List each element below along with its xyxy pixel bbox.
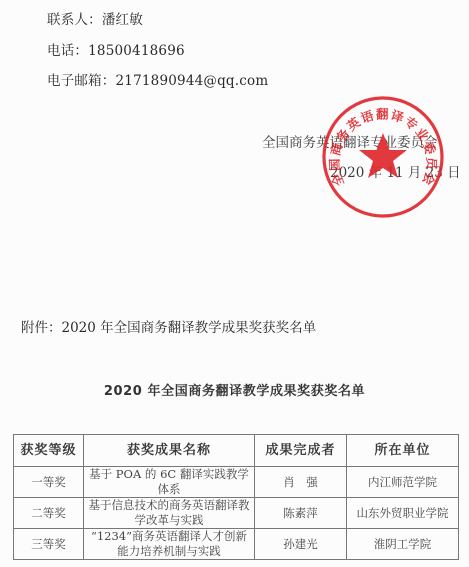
attachment-title: 2020 年全国商务翻译教学成果奖获奖名单 [62, 320, 317, 336]
cell-level: 三等奖 [14, 529, 84, 560]
cell-level: 二等奖 [14, 498, 84, 529]
cell-unit: 内江师范学院 [347, 467, 459, 498]
cell-title: 基于信息技术的商务英语翻译教学改革与实践 [84, 498, 255, 529]
official-seal: 全国商务英语翻译专业委员会 [321, 95, 445, 219]
header-unit: 所在单位 [347, 435, 459, 467]
cell-unit: 淮阴工学院 [347, 529, 459, 560]
cell-title: 基于 POA 的 6C 翻译实践教学体系 [84, 467, 255, 498]
contact-phone: 电话：18500418696 [47, 39, 185, 59]
awards-table: 获奖等级 获奖成果名称 成果完成者 所在单位 一等奖 基于 POA 的 6C 翻… [13, 434, 459, 560]
table-row: 一等奖 基于 POA 的 6C 翻译实践教学体系 肖 强 内江师范学院 [14, 467, 459, 498]
contact-phone-value: 18500418696 [88, 43, 185, 59]
contact-person-label: 联系人： [47, 12, 102, 28]
cell-title: “1234”商务英语翻译人才创新能力培养机制与实践 [84, 529, 255, 560]
contact-email-value: 2171890944@qq.com [116, 73, 269, 89]
cell-unit: 山东外贸职业学院 [347, 498, 459, 529]
header-title: 获奖成果名称 [84, 435, 255, 467]
header-level: 获奖等级 [14, 435, 84, 467]
contact-phone-label: 电话： [47, 43, 88, 59]
contact-email-label: 电子邮箱： [47, 73, 116, 89]
attachment-line: 附件：2020 年全国商务翻译教学成果奖获奖名单 [21, 316, 316, 336]
table-header-row: 获奖等级 获奖成果名称 成果完成者 所在单位 [14, 435, 459, 467]
contact-email: 电子邮箱：2171890944@qq.com [47, 69, 268, 89]
document-title: 2020 年全国商务翻译教学成果奖获奖名单 [0, 380, 469, 399]
cell-author: 孙建光 [255, 529, 347, 560]
contact-person: 联系人：潘红敏 [47, 8, 143, 28]
cell-author: 肖 强 [255, 467, 347, 498]
contact-person-value: 潘红敏 [102, 12, 143, 28]
cell-level: 一等奖 [14, 467, 84, 498]
attachment-label: 附件： [21, 320, 62, 336]
header-author: 成果完成者 [255, 435, 347, 467]
table-row: 三等奖 “1234”商务英语翻译人才创新能力培养机制与实践 孙建光 淮阴工学院 [14, 529, 459, 560]
star-icon [359, 133, 407, 178]
table-row: 二等奖 基于信息技术的商务英语翻译教学改革与实践 陈素萍 山东外贸职业学院 [14, 498, 459, 529]
seal-graphic: 全国商务英语翻译专业委员会 [321, 95, 445, 219]
cell-author: 陈素萍 [255, 498, 347, 529]
